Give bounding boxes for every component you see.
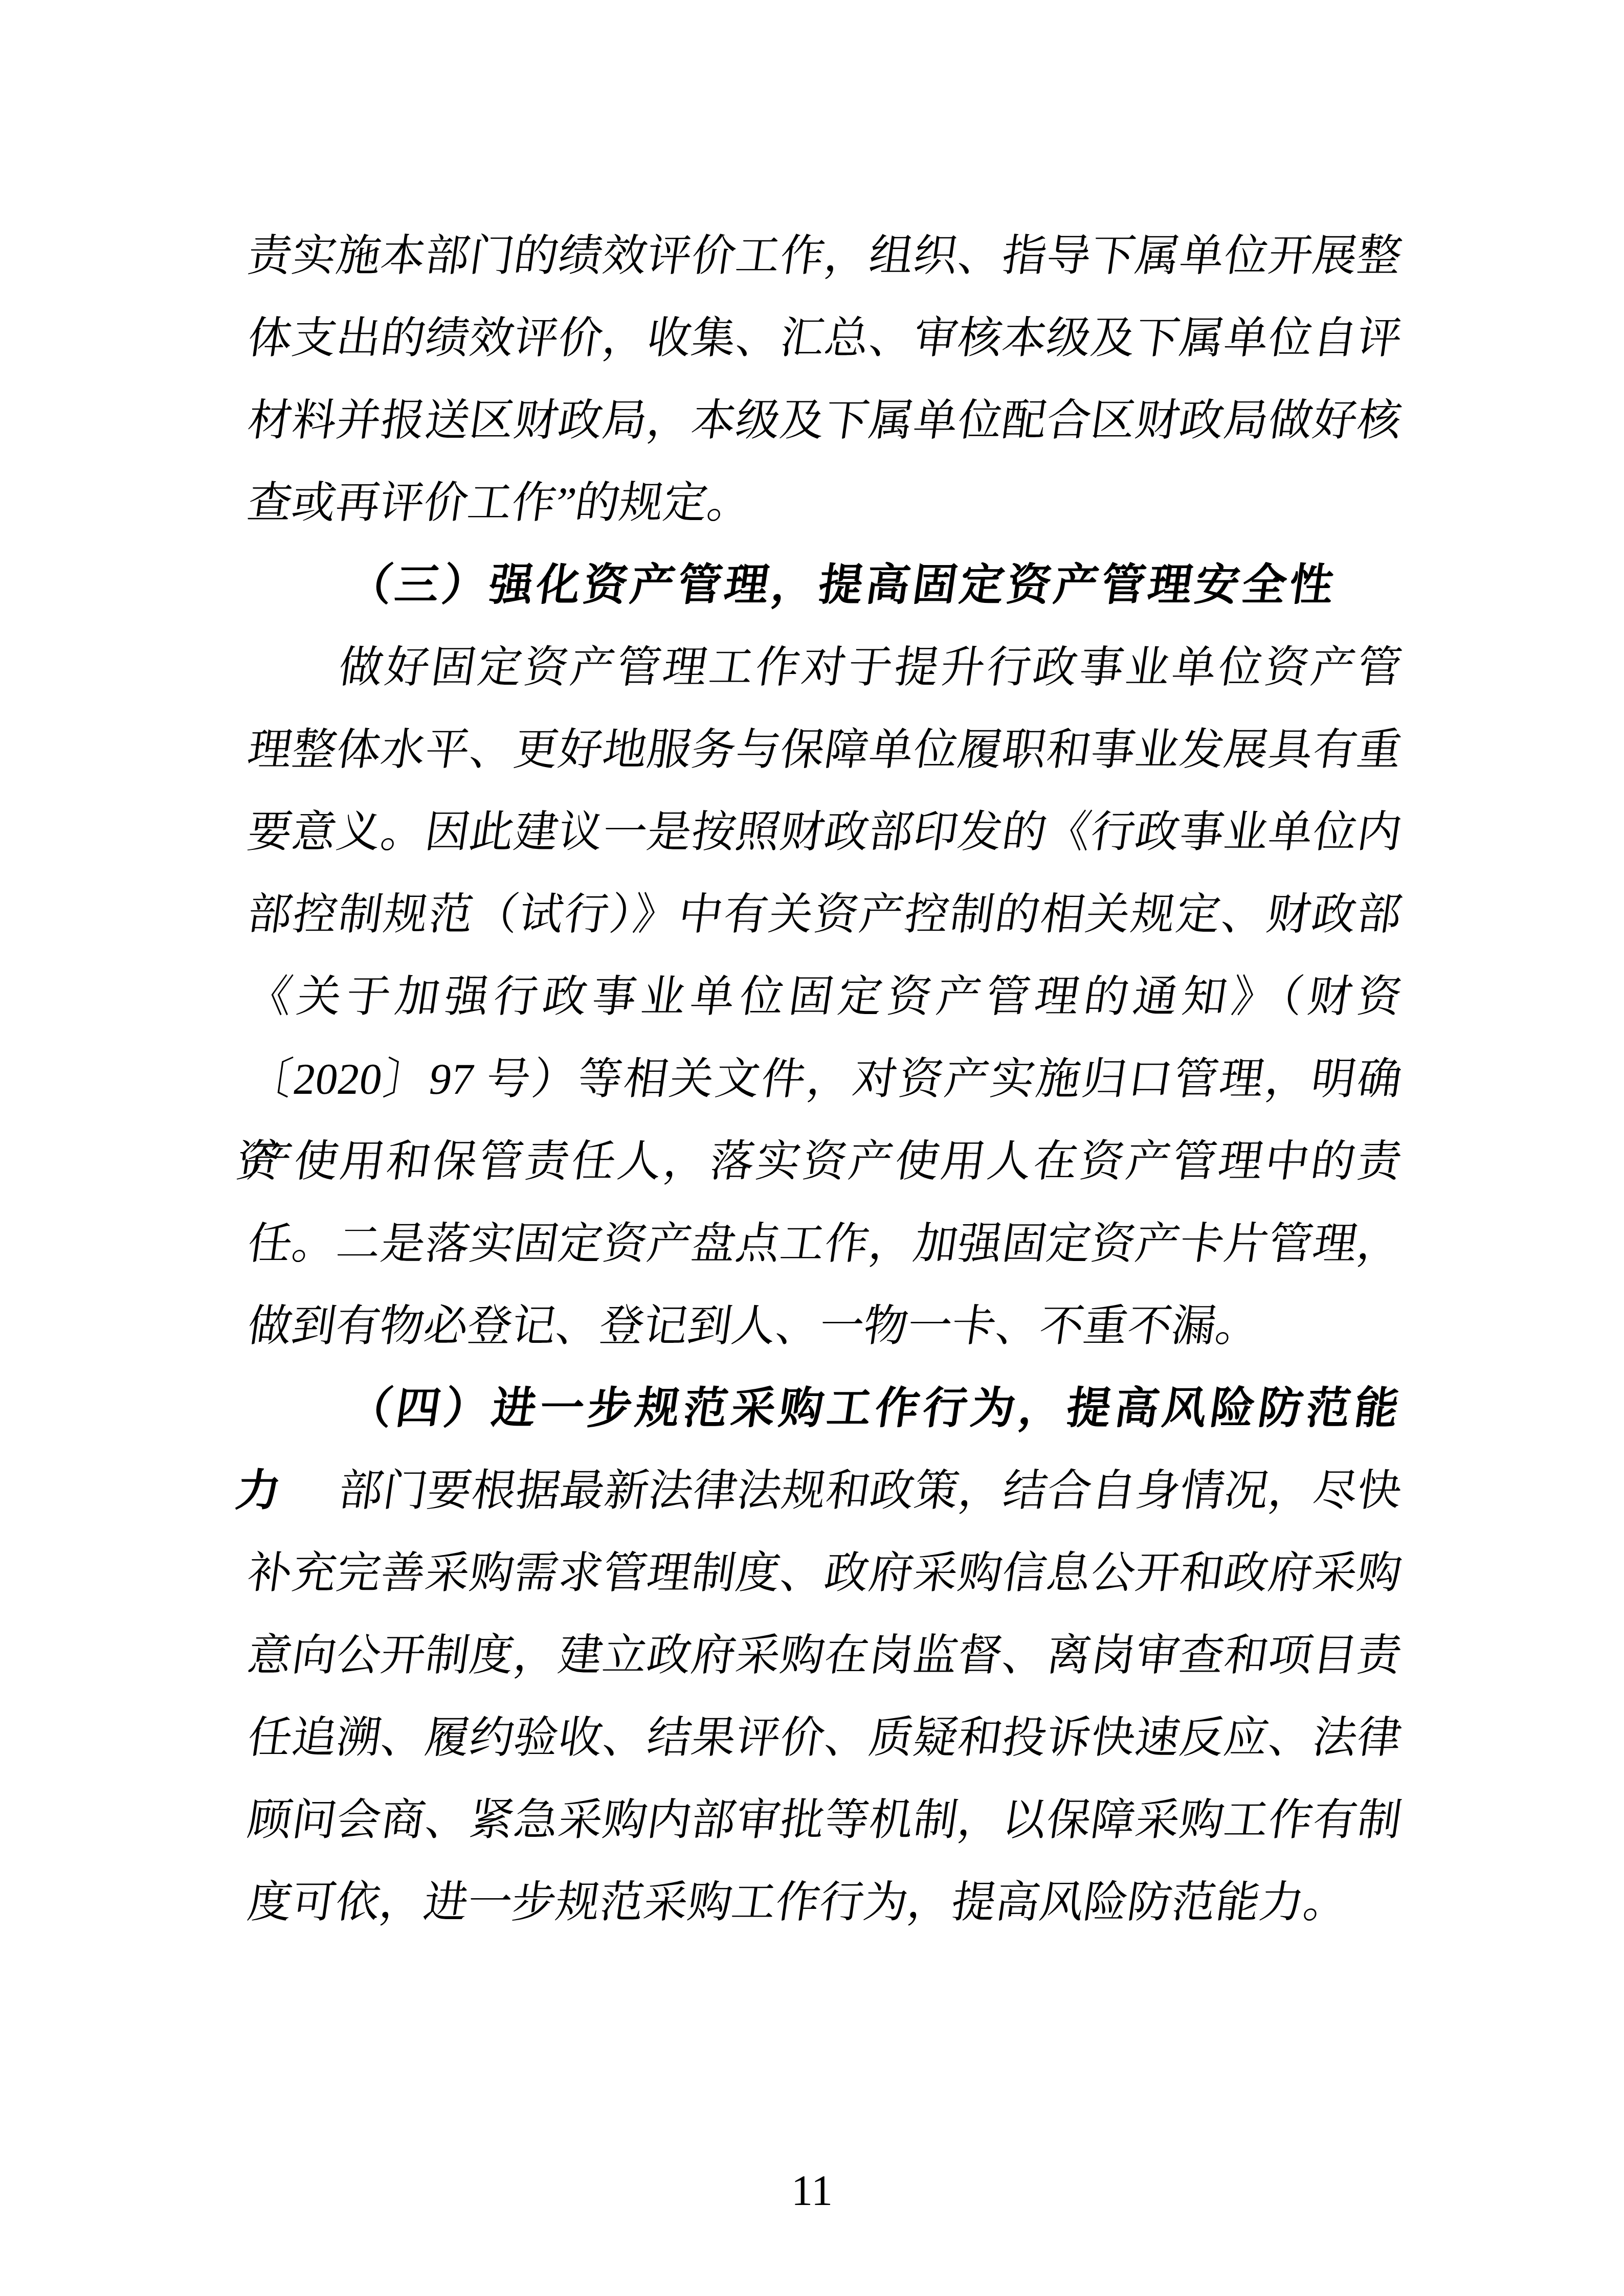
text-line: 任追溯、履约验收、结果评价、质疑和投诉快速反应、法律 [242,1697,1408,1779]
text-line: 产使用和保管责任人，落实资产使用人在资产管理中的责 [242,1120,1408,1203]
text-line: 查或再评价工作”的规定。 [242,462,1408,544]
text-line: 顾问会商、紧急采购内部审批等机制，以保障采购工作有制 [242,1779,1408,1861]
text-line: 材料并报送区财政局，本级及下属单位配合区财政局做好核 [242,379,1408,462]
document-page: 责实施本部门的绩效评价工作，组织、指导下属单位开展整 体支出的绩效评价，收集、汇… [0,0,1624,2296]
text-line: 〔2020〕97 号）等相关文件，对资产实施归口管理，明确资 [242,1038,1408,1120]
text-line: 理整体水平、更好地服务与保障单位履职和事业发展具有重 [242,709,1408,791]
text-line: 意向公开制度，建立政府采购在岗监督、离岗审查和项目责 [242,1614,1408,1697]
page-number: 11 [0,2160,1624,2222]
text-line: 体支出的绩效评价，收集、汇总、审核本级及下属单位自评 [242,297,1408,379]
text-line: 要意义。因此建议一是按照财政部印发的《行政事业单位内 [242,791,1408,873]
document-body: 责实施本部门的绩效评价工作，组织、指导下属单位开展整 体支出的绩效评价，收集、汇… [248,215,1401,1944]
text-line: 做好固定资产管理工作对于提升行政事业单位资产管 [242,626,1408,709]
text-line: 度可依，进一步规范采购工作行为，提高风险防范能力。 [242,1861,1408,1944]
section-heading-4: （四）进一步规范采购工作行为，提高风险防范能力 [242,1367,1408,1450]
text-line: 补充完善采购需求管理制度、政府采购信息公开和政府采购 [242,1532,1408,1614]
text-line: 做到有物必登记、登记到人、一物一卡、不重不漏。 [242,1285,1408,1367]
text-line: 《关于加强行政事业单位固定资产管理的通知》（财资 [242,956,1408,1038]
text-line: 任。二是落实固定资产盘点工作，加强固定资产卡片管理， [242,1203,1408,1285]
text-line: 部控制规范（试行）》中有关资产控制的相关规定、财政部 [242,873,1408,956]
text-line: 责实施本部门的绩效评价工作，组织、指导下属单位开展整 [242,215,1408,297]
section-heading-3: （三）强化资产管理，提高固定资产管理安全性 [242,544,1408,626]
text-line: 部门要根据最新法律法规和政策，结合自身情况，尽快 [242,1450,1408,1532]
